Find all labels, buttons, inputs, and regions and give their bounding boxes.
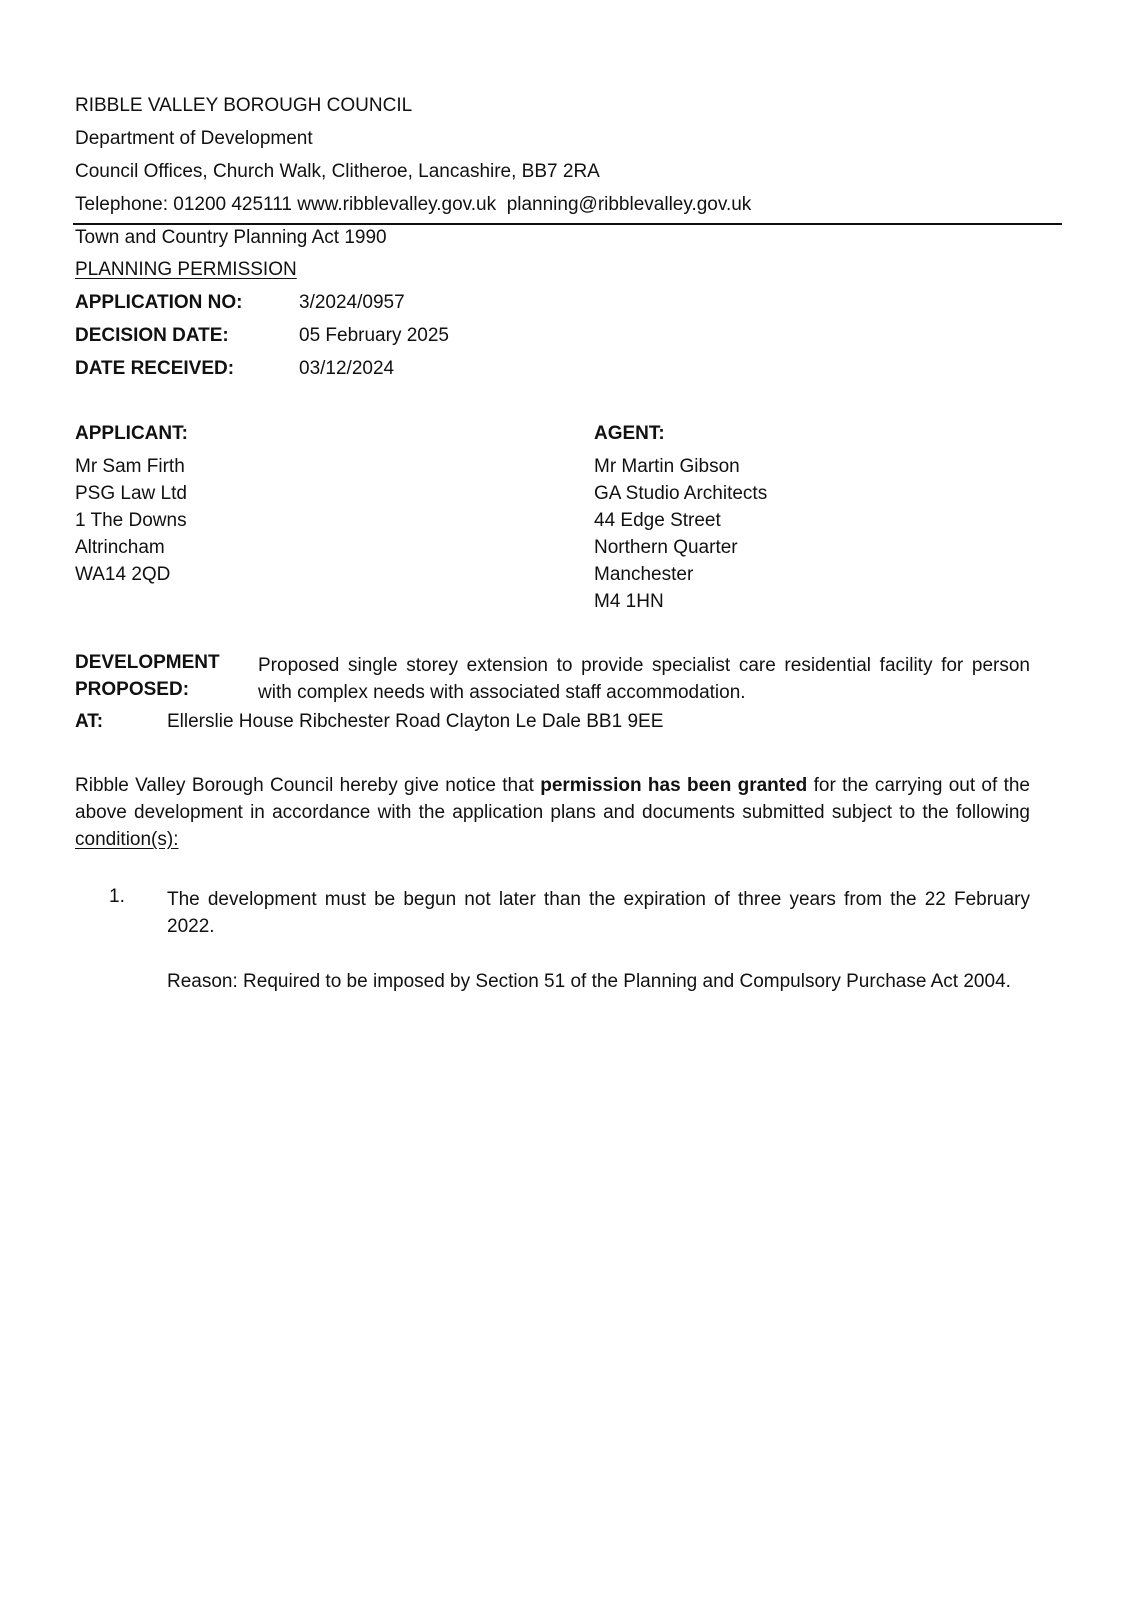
application-no-label: APPLICATION NO:	[75, 292, 242, 314]
notice-granted: permission has been granted	[540, 775, 807, 796]
condition-text: The development must be begun not later …	[167, 886, 1030, 940]
notice-conditions: condition(s):	[75, 829, 179, 850]
act-title: Town and Country Planning Act 1990	[75, 227, 387, 249]
applicant-heading: APPLICANT:	[75, 423, 188, 445]
website-link[interactable]: www.ribblevalley.gov.uk	[297, 194, 496, 215]
date-received-label: DATE RECEIVED:	[75, 358, 234, 380]
application-no-value: 3/2024/0957	[299, 292, 405, 314]
agent-line: Manchester	[594, 564, 693, 586]
department-name: Department of Development	[75, 128, 313, 150]
applicant-line: Mr Sam Firth	[75, 456, 185, 478]
decision-date-value: 05 February 2025	[299, 325, 449, 347]
development-label: DEVELOPMENT	[75, 652, 220, 674]
applicant-line: 1 The Downs	[75, 510, 187, 532]
agent-line: Mr Martin Gibson	[594, 456, 740, 478]
council-address: Council Offices, Church Walk, Clitheroe,…	[75, 161, 600, 183]
agent-line: 44 Edge Street	[594, 510, 721, 532]
development-description: Proposed single storey extension to prov…	[258, 652, 1030, 706]
permission-title: PLANNING PERMISSION	[75, 259, 297, 281]
applicant-line: PSG Law Ltd	[75, 483, 187, 505]
at-label: AT:	[75, 711, 103, 733]
decision-date-label: DECISION DATE:	[75, 325, 229, 347]
email-link[interactable]: planning@ribblevalley.gov.uk	[507, 194, 752, 215]
header-divider	[73, 223, 1062, 225]
notice-prefix: Ribble Valley Borough Council hereby giv…	[75, 775, 540, 796]
agent-line: GA Studio Architects	[594, 483, 767, 505]
agent-heading: AGENT:	[594, 423, 665, 445]
council-name: RIBBLE VALLEY BOROUGH COUNCIL	[75, 95, 412, 117]
contact-line: Telephone: 01200 425111 www.ribblevalley…	[75, 194, 751, 216]
condition-reason: Reason: Required to be imposed by Sectio…	[167, 968, 1030, 995]
date-received-value: 03/12/2024	[299, 358, 394, 380]
proposed-label: PROPOSED:	[75, 679, 189, 701]
telephone: Telephone: 01200 425111	[75, 194, 292, 215]
site-address: Ellerslie House Ribchester Road Clayton …	[167, 711, 663, 733]
applicant-line: WA14 2QD	[75, 564, 170, 586]
condition-number: 1.	[109, 886, 125, 908]
permission-notice: Ribble Valley Borough Council hereby giv…	[75, 772, 1030, 853]
applicant-line: Altrincham	[75, 537, 165, 559]
agent-line: M4 1HN	[594, 591, 664, 613]
agent-line: Northern Quarter	[594, 537, 738, 559]
